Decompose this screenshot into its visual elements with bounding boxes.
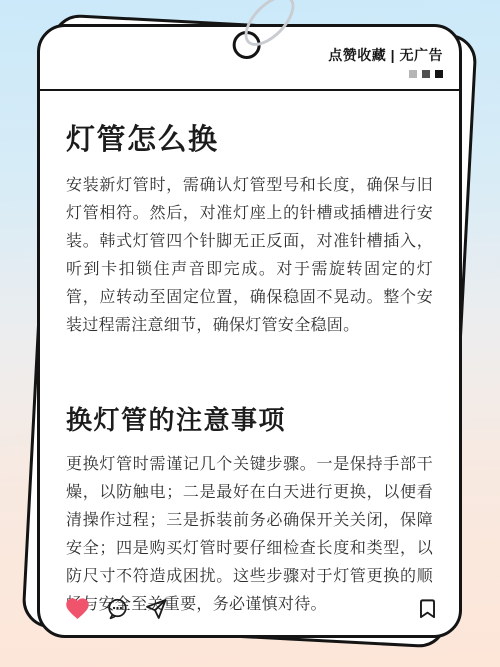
heart-icon (64, 595, 91, 622)
badge-square-light (409, 70, 417, 78)
comment-bubble-icon (106, 597, 129, 620)
badge-squares (328, 70, 443, 78)
like-button[interactable] (64, 595, 91, 622)
action-bar (64, 595, 439, 622)
badge-text: 点赞收藏 | 无广告 (328, 45, 443, 65)
bookmark-icon (416, 597, 439, 620)
note-card: 点赞收藏 | 无广告 灯管怎么换 安装新灯管时，需确认灯管型号和长度，确保与旧灯… (37, 24, 462, 638)
card-body: 灯管怎么换 安装新灯管时，需确认灯管型号和长度，确保与旧灯管相符。然后，对准灯座… (40, 91, 459, 619)
badge: 点赞收藏 | 无广告 (328, 45, 443, 78)
paper-plane-icon (144, 597, 168, 621)
badge-square-dark (435, 70, 443, 78)
section-body-2: 更换灯管时需谨记几个关键步骤。一是保持手部干燥，以防触电；二是最好在白天进行更换… (66, 451, 433, 619)
post-card-scene: 点赞收藏 | 无广告 灯管怎么换 安装新灯管时，需确认灯管型号和长度，确保与旧灯… (0, 0, 500, 667)
section-title-2: 换灯管的注意事项 (66, 400, 433, 437)
section-body-1: 安装新灯管时，需确认灯管型号和长度，确保与旧灯管相符。然后，对准灯座上的针槽或插… (66, 172, 433, 340)
comment-button[interactable] (106, 597, 129, 620)
share-button[interactable] (144, 597, 168, 621)
bookmark-button[interactable] (416, 597, 439, 620)
section-title-1: 灯管怎么换 (66, 117, 433, 158)
badge-square-mid (422, 70, 430, 78)
